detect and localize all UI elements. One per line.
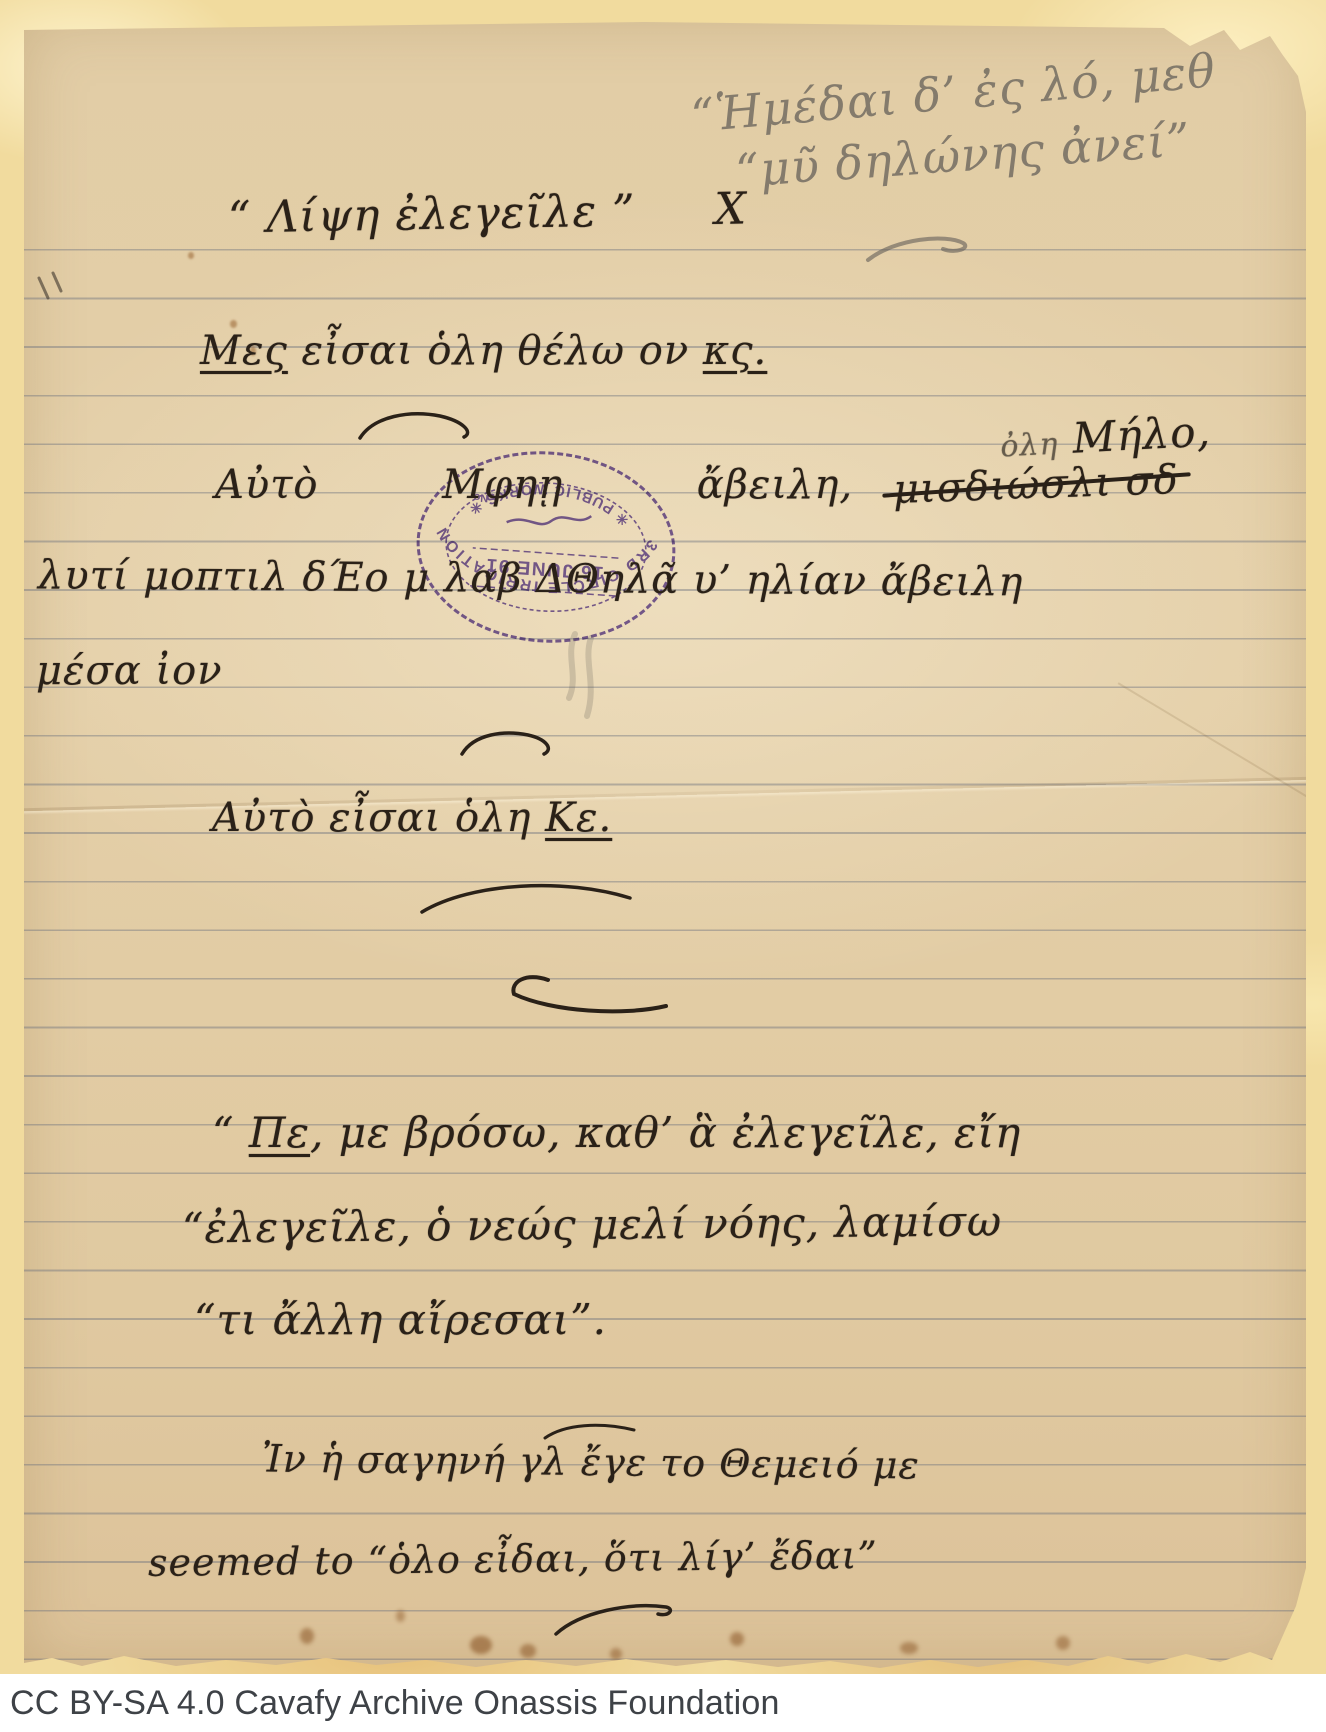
paper-stain <box>396 1610 405 1622</box>
ink-flourish <box>416 872 636 920</box>
line-text: ἄβειλη, <box>697 462 853 508</box>
handwritten-line: Μες εἶσαι ὁλη θέλω ον κς. <box>200 328 767 374</box>
underlined-word: κς. <box>703 328 767 374</box>
struck-through-text: μισδιώσλι σδ <box>892 457 1179 513</box>
fox-spot <box>188 252 194 259</box>
fox-spot <box>230 320 237 328</box>
closing-line-2: seemed to “ὁλο εἶδαι, ὅτι λίγ’ ἔδαι” <box>148 1533 878 1585</box>
paper-stain <box>900 1642 918 1654</box>
pencil-flourish <box>862 230 972 270</box>
quote-line-2: “ἐλεγεῖλε, ὁ νεώς μελί νόης, λαμίσω <box>182 1196 1003 1252</box>
title-text: “ Λίψη ἐλεγεῖλε ” <box>228 185 636 243</box>
paper-stain <box>300 1628 314 1644</box>
handwritten-line: λυτί μοπτιλ δΈο μ λαβ ΔΘηλᾶ υ’ ηλίαν ἄβε… <box>38 553 1024 606</box>
quote-mark: “ <box>212 1108 249 1157</box>
stamp-signature-squiggle <box>507 510 592 528</box>
manuscript-sheet <box>24 20 1306 1670</box>
underlined-word: Πε <box>249 1108 310 1157</box>
line-text: εἶσαι ὁλη θέλω ον <box>288 328 703 374</box>
line-text: Αὐτὸ εἶσαι ὁλη <box>212 795 545 841</box>
underlined-word: Κε. <box>545 795 612 841</box>
underlined-word: Μες <box>200 328 288 374</box>
ink-flourish <box>456 726 556 764</box>
quote-line-1: “ Πε, με βρόσω, καθ’ ἃ ἐλεγεῖλε, εἴη <box>212 1108 1021 1157</box>
line-text: Μφηῃ <box>442 462 563 508</box>
pencil-smudge <box>545 626 615 726</box>
handwritten-line: μέσα ἰον <box>36 648 223 694</box>
handwritten-title: “ Λίψη ἐλεγεῖλε ” X <box>228 183 748 243</box>
title-x-mark: X <box>714 183 747 235</box>
handwritten-line: Αὐτὸ εἶσαι ὁλη Κε. <box>212 795 612 841</box>
paper-stain <box>520 1644 536 1658</box>
handwritten-line-corrected: Αὐτὸ Μφηῃ ἄβειλη, μισδιώσλι σδ <box>215 462 1179 508</box>
paper-stain <box>1056 1636 1070 1650</box>
insertion-light: ὀλη <box>999 426 1059 464</box>
license-caption-text: CC BY-SA 4.0 Cavafy Archive Onassis Foun… <box>10 1684 780 1723</box>
insertion-dark: Μήλο, <box>1057 407 1212 464</box>
paper-stain <box>610 1648 622 1660</box>
ink-flourish <box>548 1596 678 1642</box>
line-text: , με βρόσω, καθ’ ἃ ἐλεγεῖλε, εἴη <box>310 1108 1021 1157</box>
closing-line-1: Ἰν ἡ σαγηνή γλ ἔγε το Θεμειό με <box>262 1437 920 1488</box>
scanned-manuscript-page: 3RD CIRCLE IRRIGATION ✳ PUBLIC WORKS ✳ 1… <box>0 0 1326 1732</box>
paper-stain <box>470 1636 492 1654</box>
license-caption-bar: CC BY-SA 4.0 Cavafy Archive Onassis Foun… <box>0 1674 1326 1732</box>
paper-stain <box>730 1632 744 1646</box>
ink-flourish <box>352 406 482 448</box>
quote-line-3: “τι ἄλλη αἴρεσαι”. <box>194 1295 607 1344</box>
ink-flourish <box>482 972 682 1024</box>
margin-marks <box>34 270 66 304</box>
line-text: Αὐτὸ <box>215 462 318 508</box>
